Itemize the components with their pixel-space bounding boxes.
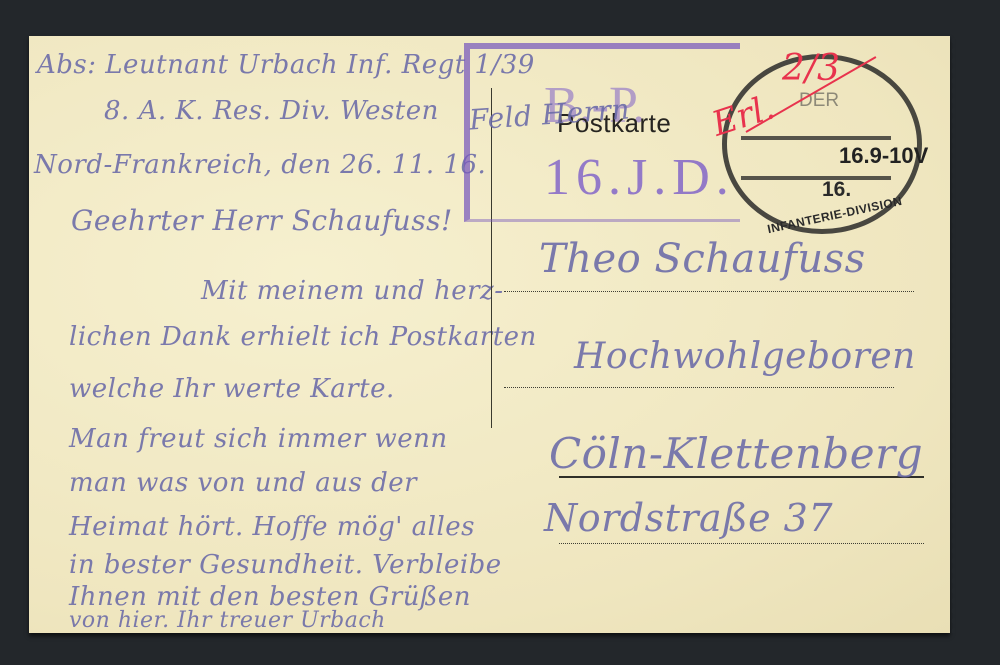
message-line-4: Man freut sich immer wenn [69, 424, 448, 454]
postmark-bar-bottom [741, 176, 891, 180]
postcard: Abs: Leutnant Urbach Inf. Regt 1/39 8. A… [29, 36, 950, 633]
postmark-date-time: 16.9-10V [839, 143, 928, 169]
sender-line-1: Abs: Leutnant Urbach Inf. Regt 1/39 [37, 50, 535, 80]
postmark-bar-top [741, 136, 891, 140]
salutation: Geehrter Herr Schaufuss! [71, 204, 453, 237]
perforated-edge [945, 36, 955, 633]
postmark-division-number: 16. [822, 178, 851, 202]
address-line-2 [504, 387, 894, 388]
message-line-9: von hier. Ihr treuer Urbach [69, 608, 386, 633]
recipient-name: Theo Schaufuss [539, 236, 866, 282]
sender-line-3: Nord-Frankreich, den 26. 11. 16. [34, 150, 486, 180]
message-line-1: Mit meinem und herz- [201, 276, 504, 306]
address-line-1 [504, 291, 914, 292]
message-line-7: in bester Gesundheit. Verbleibe [69, 550, 502, 580]
recipient-city: Cöln-Klettenberg [549, 429, 923, 478]
sender-line-2: 8. A. K. Res. Div. Westen [104, 96, 439, 126]
recipient-honorific: Hochwohlgeboren [574, 336, 916, 377]
message-line-2: lichen Dank erhielt ich Postkarten [69, 322, 537, 352]
unit-stamp-line-2: 16.J.D. [544, 148, 735, 207]
postmark-top-text: DER [799, 90, 839, 112]
address-line-4 [559, 543, 924, 544]
message-line-6: Heimat hört. Hoffe mög' alles [69, 512, 475, 542]
message-line-3: welche Ihr werte Karte. [69, 374, 395, 404]
message-line-5: man was von und aus der [69, 468, 417, 498]
recipient-street: Nordstraße 37 [544, 496, 833, 540]
